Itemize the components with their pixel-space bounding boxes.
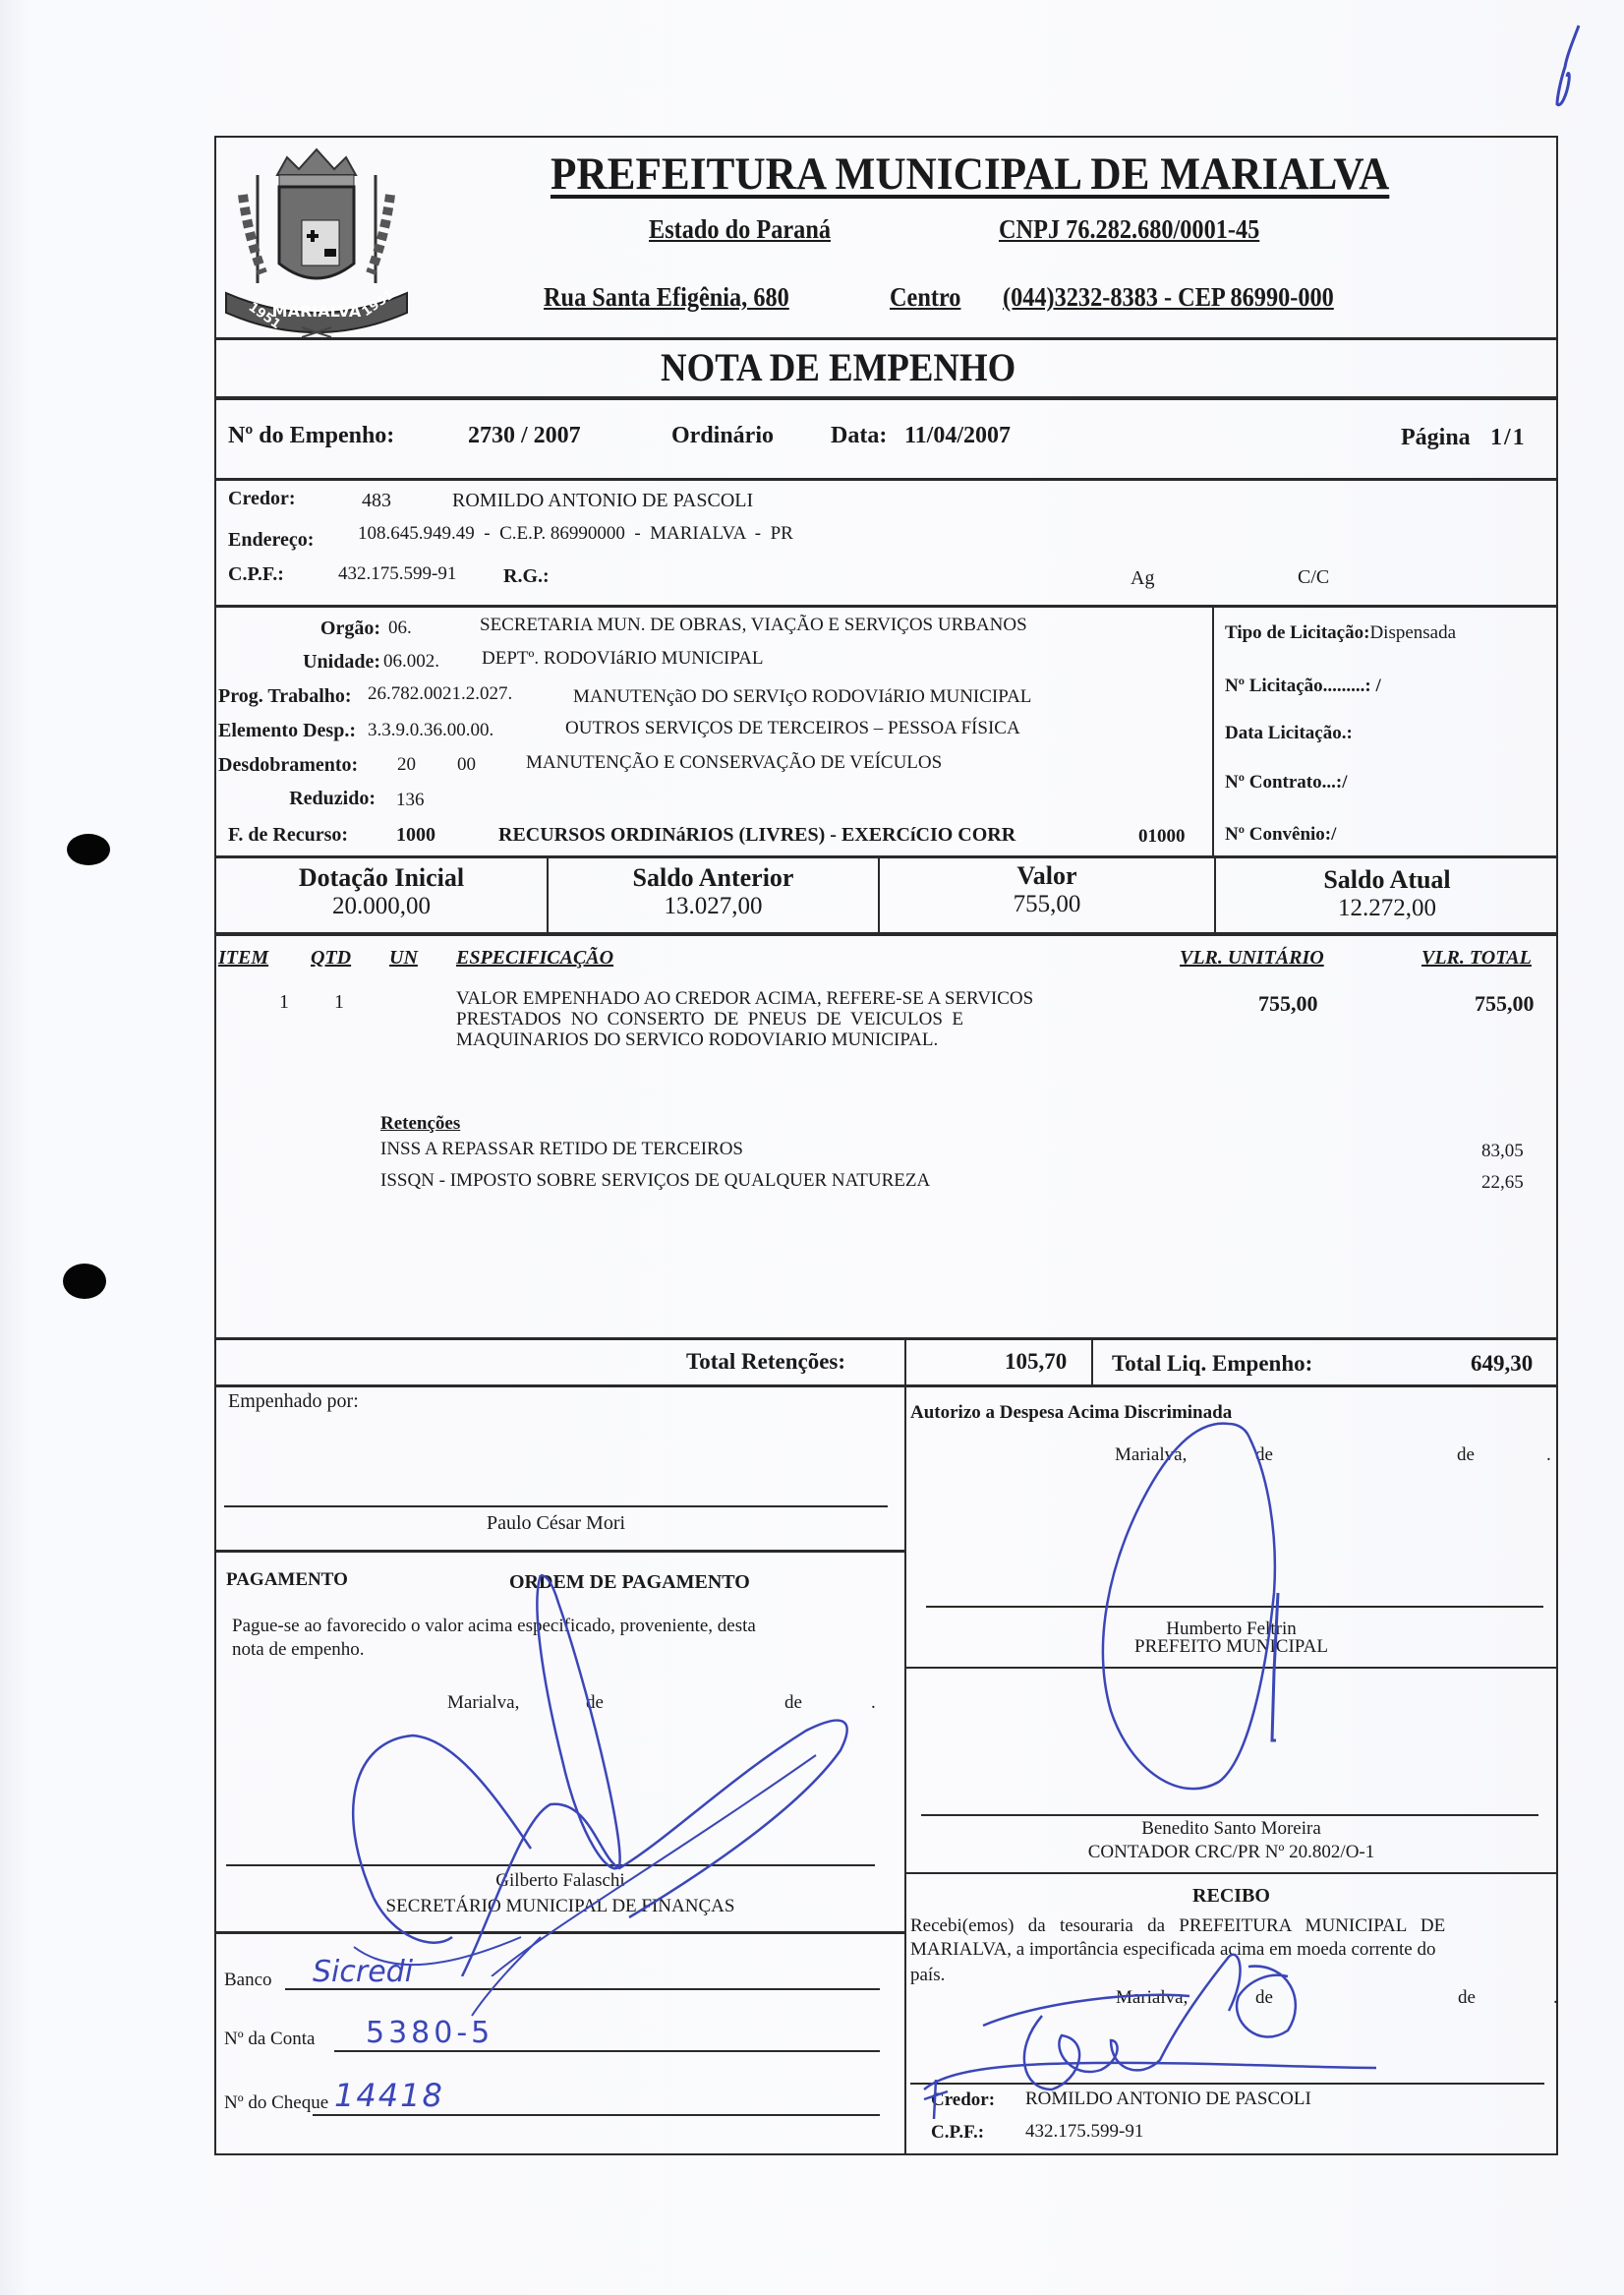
programa-description: MANUTENçãO DO SERVIçO RODOVIáRIO MUNICIP… xyxy=(573,686,1031,708)
cheque-field-line xyxy=(313,2114,880,2116)
item-quantity: 1 xyxy=(334,991,344,1014)
column-header-un: UN xyxy=(389,947,418,970)
unidade-code: 06.002. xyxy=(383,651,439,673)
elemento-description: OUTROS SERVIÇOS DE TERCEIROS – PESSOA FÍ… xyxy=(565,718,1020,739)
unidade-description: DEPTº. RODOVIáRIO MUNICIPAL xyxy=(482,648,764,670)
scanned-document-page: MARIALVA 1951 1951 PREFEITURA MUNICIPAL … xyxy=(0,0,1624,2295)
recibo-creditor-label: Credor: xyxy=(931,2089,995,2111)
saldo-value: 12.272,00 xyxy=(1216,895,1558,922)
creditor-cpf: 432.175.599-91 xyxy=(338,563,456,585)
svg-text:MARIALVA: MARIALVA xyxy=(272,302,362,321)
saldo-cell-valor: Valor 755,00 xyxy=(880,861,1214,918)
signature-line xyxy=(926,1606,1543,1608)
rg-label: R.G.: xyxy=(503,565,550,588)
saldo-label: Dotação Inicial xyxy=(216,863,547,893)
address-label: Endereço: xyxy=(228,529,314,552)
empenhado-por-label: Empenhado por: xyxy=(228,1390,359,1413)
saldo-value: 13.027,00 xyxy=(549,893,878,920)
divider xyxy=(214,478,1558,481)
retencao-inss-value: 83,05 xyxy=(1481,1141,1524,1162)
divider xyxy=(904,1872,1558,1874)
desdobramento-description: MANUTENÇÃO E CONSERVAÇÃO DE VEÍCULOS xyxy=(526,752,942,774)
autorizo-title: Autorizo a Despesa Acima Discriminada xyxy=(910,1402,1232,1424)
marialva-coat-of-arms-logo: MARIALVA 1951 1951 xyxy=(218,136,415,337)
item-number: 1 xyxy=(279,991,289,1014)
divider xyxy=(214,396,1558,400)
ordem-pagamento-title: ORDEM DE PAGAMENTO xyxy=(509,1571,750,1594)
municipality-title: PREFEITURA MUNICIPAL DE MARIALVA xyxy=(551,147,1389,201)
desdobramento-code-2: 00 xyxy=(457,754,476,776)
pagamento-dot: . xyxy=(871,1692,876,1714)
saldo-cell-saldo-anterior: Saldo Anterior 13.027,00 xyxy=(549,863,878,920)
divider xyxy=(214,1337,1558,1340)
financas-signer-role: SECRETÁRIO MUNICIPAL DE FINANÇAS xyxy=(216,1896,904,1917)
banco-value: Sicredi xyxy=(313,1955,413,1989)
prefeito-role: PREFEITO MUNICIPAL xyxy=(904,1636,1558,1658)
divider xyxy=(214,337,1558,340)
retencao-inss-description: INSS A REPASSAR RETIDO DE TERCEIROS xyxy=(380,1139,743,1160)
recibo-de-2: de xyxy=(1458,1987,1476,2009)
retencoes-title: Retenções xyxy=(380,1113,460,1135)
recibo-cpf-value: 432.175.599-91 xyxy=(1025,2121,1143,2143)
page-number: 1 / 1 xyxy=(1490,425,1525,451)
pagamento-label: PAGAMENTO xyxy=(226,1569,348,1591)
column-header-specification: ESPECIFICAÇÃO xyxy=(456,947,613,970)
item-specification: VALOR EMPENHADO AO CREDOR ACIMA, REFERE-… xyxy=(456,988,1164,1050)
phone-cep: (044)3232-8383 - CEP 86990-000 xyxy=(1003,282,1334,313)
punch-hole-top xyxy=(67,834,110,865)
saldo-label: Saldo Anterior xyxy=(549,863,878,893)
pagamento-text-line-2: nota de empenho. xyxy=(232,1639,365,1661)
saldo-cell-dotacao-inicial: Dotação Inicial 20.000,00 xyxy=(216,863,547,920)
empenho-number: 2730 / 2007 xyxy=(468,423,581,449)
divider xyxy=(214,1550,904,1553)
recurso-label: F. de Recurso: xyxy=(228,824,348,847)
convenio-number: Nº Convênio:/ xyxy=(1225,824,1336,846)
pagamento-de-1: de xyxy=(586,1692,604,1714)
autorizo-dot: . xyxy=(1546,1444,1551,1466)
signature-line xyxy=(921,1814,1538,1816)
programa-label: Prog. Trabalho: xyxy=(218,685,352,708)
recurso-code-2: 01000 xyxy=(1138,826,1186,848)
desdobramento-code-1: 20 xyxy=(397,754,416,776)
empenho-date-label: Data: xyxy=(831,423,887,449)
orgao-description: SECRETARIA MUN. DE OBRAS, VIAÇÃO E SERVI… xyxy=(480,615,1027,636)
recibo-text-line-3: país. xyxy=(910,1965,945,1986)
creditor-name: ROMILDO ANTONIO DE PASCOLI xyxy=(452,490,753,512)
signature-line xyxy=(224,1505,888,1507)
signature-line xyxy=(226,1864,875,1866)
document-title: NOTA DE EMPENHO xyxy=(661,344,1015,390)
recurso-description: RECURSOS ORDINáRIOS (LIVRES) - EXERCíCIO… xyxy=(498,824,1015,847)
creditor-address: 108.645.949.49 - C.E.P. 86990000 - MARIA… xyxy=(358,523,793,545)
divider xyxy=(214,1931,904,1934)
recibo-cpf-label: C.P.F.: xyxy=(931,2122,984,2144)
table-row: 1 1 VALOR EMPENHADO AO CREDOR ACIMA, REF… xyxy=(216,988,1553,1067)
reduzido-value: 136 xyxy=(396,790,425,811)
divider xyxy=(1212,605,1214,855)
elemento-label: Elemento Desp.: xyxy=(218,720,356,742)
recurso-code: 1000 xyxy=(396,824,435,847)
cheque-label: Nº do Cheque xyxy=(224,2092,328,2114)
agency-label: Ag xyxy=(1131,567,1154,590)
divider xyxy=(214,932,1558,936)
elemento-code: 3.3.9.0.36.00.00. xyxy=(368,720,493,741)
cpf-label: C.P.F.: xyxy=(228,563,284,586)
creditor-code: 483 xyxy=(362,490,391,512)
empenho-type: Ordinário xyxy=(671,423,774,449)
pagamento-place: Marialva, xyxy=(447,1692,519,1714)
pagamento-text-line-1: Pague-se ao favorecido o valor acima esp… xyxy=(232,1616,756,1637)
column-header-total-value: VLR. TOTAL xyxy=(1421,947,1532,970)
licitacao-type: Tipo de Licitação:Dispensada xyxy=(1225,622,1456,644)
page-label: Página xyxy=(1401,425,1471,451)
recibo-de-1: de xyxy=(1255,1987,1273,2009)
total-retencoes-label: Total Retenções: xyxy=(686,1349,845,1375)
page-number-handwritten-mark xyxy=(1543,20,1602,118)
empenhado-signer-name: Paulo César Mori xyxy=(224,1512,888,1535)
orgao-label: Orgão: xyxy=(228,618,380,640)
contador-role: CONTADOR CRC/PR Nº 20.802/O-1 xyxy=(904,1842,1558,1863)
saldo-value: 20.000,00 xyxy=(216,893,547,920)
recibo-dot: . xyxy=(1553,1987,1558,2009)
divider xyxy=(214,855,1558,858)
cnpj: CNPJ 76.282.680/0001-45 xyxy=(999,214,1259,245)
autorizo-de-2: de xyxy=(1457,1444,1475,1466)
column-header-qtd: QTD xyxy=(311,947,351,970)
divider xyxy=(904,1667,1558,1669)
divider xyxy=(904,1337,906,2155)
signature-line xyxy=(910,2083,1544,2085)
creditor-label: Credor: xyxy=(228,488,296,510)
divider xyxy=(214,1384,1558,1387)
item-unit-value: 755,00 xyxy=(1258,991,1318,1017)
saldo-cell-saldo-atual: Saldo Atual 12.272,00 xyxy=(1216,865,1558,922)
address-street: Rua Santa Efigênia, 680 xyxy=(544,282,789,313)
recibo-text-line-2: MARIALVA, a importância especificada aci… xyxy=(910,1939,1435,1961)
contador-name: Benedito Santo Moreira xyxy=(904,1818,1558,1840)
total-liquido-value: 649,30 xyxy=(1471,1351,1533,1377)
cheque-value: 14418 xyxy=(334,2077,444,2114)
autorizo-place: Marialva, xyxy=(1115,1444,1187,1466)
recibo-text-line-1: Recebi(emos) da tesouraria da PREFEITURA… xyxy=(910,1915,1445,1937)
recibo-creditor-name: ROMILDO ANTONIO DE PASCOLI xyxy=(1025,2089,1311,2110)
orgao-code: 06. xyxy=(388,618,412,639)
programa-code: 26.782.0021.2.027. xyxy=(368,683,512,705)
spec-line: VALOR EMPENHADO AO CREDOR ACIMA, REFERE-… xyxy=(456,988,1164,1009)
reduzido-label: Reduzido: xyxy=(228,788,376,810)
licitacao-type-value: Dispensada xyxy=(1369,622,1456,643)
column-header-unit-value: VLR. UNITÁRIO xyxy=(1180,947,1324,970)
empenho-date: 11/04/2007 xyxy=(904,423,1011,449)
conta-field-line xyxy=(334,2050,880,2052)
divider xyxy=(1091,1337,1093,1386)
recibo-place: Marialva, xyxy=(1116,1987,1188,2009)
licitacao-type-label: Tipo de Licitação: xyxy=(1225,622,1369,643)
total-liquido-label: Total Liq. Empenho: xyxy=(1112,1351,1312,1377)
total-retencoes-value: 105,70 xyxy=(1005,1349,1067,1375)
pagamento-de-2: de xyxy=(784,1692,802,1714)
autorizo-de-1: de xyxy=(1255,1444,1273,1466)
saldo-label: Saldo Atual xyxy=(1216,865,1558,895)
saldo-value: 755,00 xyxy=(880,891,1214,918)
item-total-value: 755,00 xyxy=(1475,991,1535,1017)
spec-line: MAQUINARIOS DO SERVICO RODOVIARIO MUNICI… xyxy=(456,1030,1164,1050)
state-name: Estado do Paraná xyxy=(649,214,831,245)
address-district: Centro xyxy=(890,282,960,313)
retencao-issqn-value: 22,65 xyxy=(1481,1172,1524,1194)
column-header-item: ITEM xyxy=(218,947,268,970)
account-label: C/C xyxy=(1298,566,1329,589)
saldo-label: Valor xyxy=(880,861,1214,891)
punch-hole-bottom xyxy=(63,1264,106,1299)
spec-line: PRESTADOS NO CONSERTO DE PNEUS DE VEICUL… xyxy=(456,1009,1164,1030)
financas-signer-name: Gilberto Falaschi xyxy=(216,1870,904,1892)
empenho-number-label: Nº do Empenho: xyxy=(228,423,394,449)
recibo-title: RECIBO xyxy=(904,1885,1558,1908)
contract-number: Nº Contrato...:/ xyxy=(1225,772,1347,794)
conta-label: Nº da Conta xyxy=(224,2029,315,2050)
unidade-label: Unidade: xyxy=(228,651,380,674)
desdobramento-label: Desdobramento: xyxy=(218,754,358,777)
conta-value: 5380-5 xyxy=(366,2016,493,2050)
retencao-issqn-description: ISSQN - IMPOSTO SOBRE SERVIÇOS DE QUALQU… xyxy=(380,1170,930,1192)
divider xyxy=(214,605,1558,608)
licitacao-date: Data Licitação.: xyxy=(1225,723,1353,744)
licitacao-number: Nº Licitação.........: / xyxy=(1225,676,1381,697)
banco-label: Banco xyxy=(224,1970,272,1991)
